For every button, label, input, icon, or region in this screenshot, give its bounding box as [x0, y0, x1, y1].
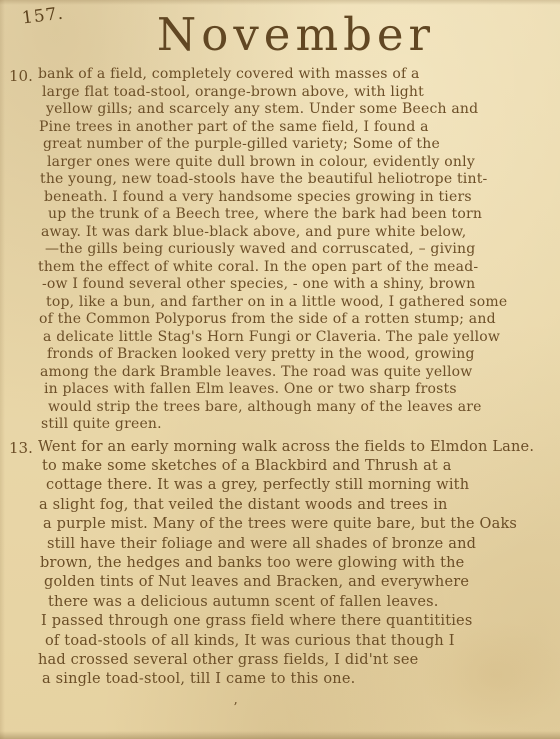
entry-line: beneath. I found a very handsome species… — [44, 189, 552, 207]
entry-line: had crossed several other grass fields, … — [38, 651, 552, 670]
entry-line: —the gills being curiously waved and cor… — [45, 241, 552, 259]
entry-line: of the Common Polyporus from the side of… — [39, 311, 552, 329]
entry-line: the young, new toad-stools have the beau… — [40, 171, 552, 189]
entry-day-number: 13. — [9, 439, 37, 457]
entry-line: a single toad-stool, till I came to this… — [42, 670, 552, 689]
stray-ink-mark: ʼ — [233, 701, 237, 716]
entry-line: to make some sketches of a Blackbird and… — [42, 457, 552, 476]
entry-line: still quite green. — [41, 416, 552, 434]
entry-line: brown, the hedges and banks too were glo… — [40, 554, 552, 573]
entry-line: -ow I found several other species, - one… — [42, 276, 552, 294]
page-top-edge — [0, 0, 560, 5]
diary-page: 157. November 10.bank of a field, comple… — [0, 0, 560, 739]
entry-day-number: 10. — [9, 67, 37, 85]
page-title: November — [16, 8, 560, 61]
entry-text: bank of a field, completely covered with… — [38, 66, 552, 434]
diary-entry: 10.bank of a field, completely covered w… — [0, 66, 560, 434]
entry-line: Pine trees in another part of the same f… — [39, 119, 552, 137]
entry-line: bank of a field, completely covered with… — [38, 66, 552, 84]
entry-line: away. It was dark blue-black above, and … — [41, 224, 552, 242]
entry-line: them the effect of white coral. In the o… — [38, 259, 552, 277]
entry-text: Went for an early morning walk across th… — [38, 438, 552, 690]
entry-line: a delicate little Stag's Horn Fungi or C… — [43, 329, 552, 347]
entry-line: in places with fallen Elm leaves. One or… — [44, 381, 552, 399]
entry-line: I passed through one grass field where t… — [41, 612, 552, 631]
entry-line: cottage there. It was a grey, perfectly … — [46, 476, 552, 495]
entry-line: among the dark Bramble leaves. The road … — [40, 364, 552, 382]
entry-line: up the trunk of a Beech tree, where the … — [48, 206, 552, 224]
entry-line: still have their foliage and were all sh… — [47, 535, 552, 554]
diary-entry: 13.Went for an early morning walk across… — [0, 438, 560, 690]
entry-line: top, like a bun, and farther on in a lit… — [46, 294, 552, 312]
entry-line: of toad-stools of all kinds, It was curi… — [45, 632, 552, 651]
entry-line: a slight fog, that veiled the distant wo… — [39, 496, 552, 515]
entry-line: fronds of Bracken looked very pretty in … — [47, 346, 552, 364]
diary-entries: 10.bank of a field, completely covered w… — [0, 66, 560, 690]
entry-line: larger ones were quite dull brown in col… — [47, 154, 552, 172]
page-bottom-edge — [0, 731, 560, 739]
entry-line: Went for an early morning walk across th… — [38, 438, 552, 457]
entry-line: yellow gills; and scarcely any stem. Und… — [46, 101, 552, 119]
entry-line: would strip the trees bare, although man… — [48, 399, 552, 417]
entry-line: great number of the purple-gilled variet… — [43, 136, 552, 154]
entry-line: golden tints of Nut leaves and Bracken, … — [44, 573, 552, 592]
entry-line: there was a delicious autumn scent of fa… — [48, 593, 552, 612]
entry-line: large flat toad-stool, orange-brown abov… — [42, 84, 552, 102]
entry-line: a purple mist. Many of the trees were qu… — [43, 515, 552, 534]
